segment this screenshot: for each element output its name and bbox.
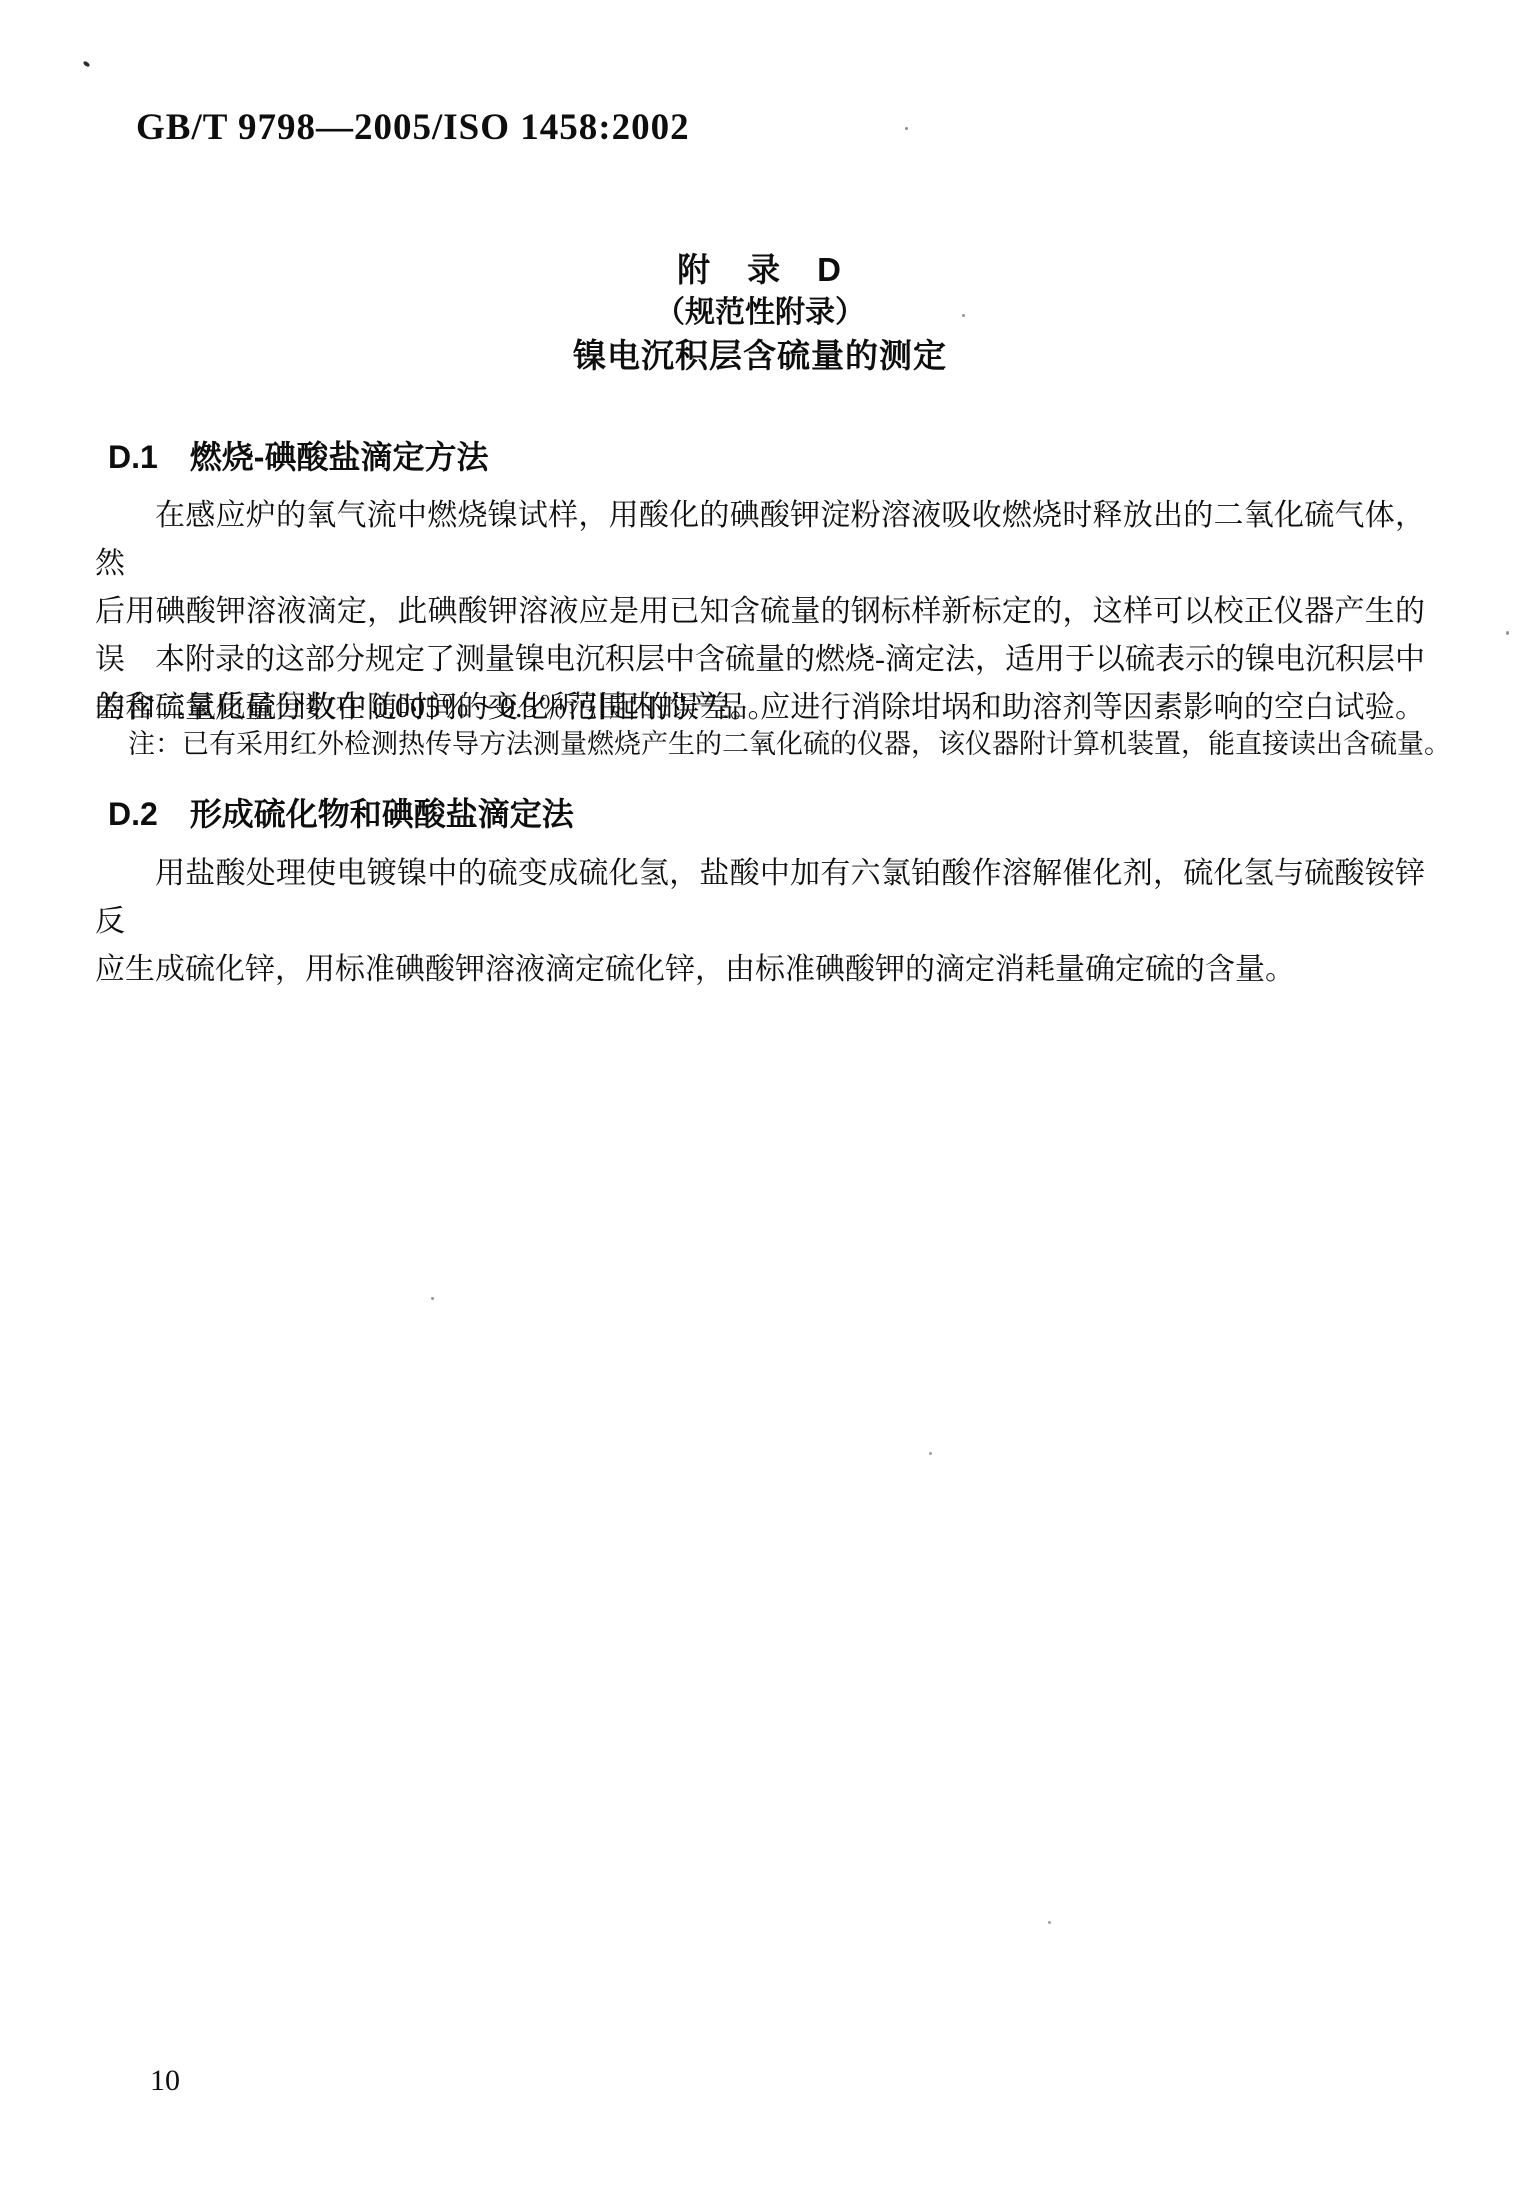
section-d1-paragraph-2: 本附录的这部分规定了测量镍电沉积层中含硫量的燃烧-滴定法，适用于以硫表示的镍电沉… [95,636,1425,732]
standard-code-header: GB/T 9798—2005/ISO 1458:2002 [136,106,690,149]
paragraph-line: 本附录的这部分规定了测量镍电沉积层中含硫量的燃烧-滴定法，适用于以硫表示的镍电沉… [95,636,1425,684]
appendix-title: 附 录 D [95,248,1425,292]
page-number: 10 [150,2064,180,2098]
section-d1-heading: D.1 燃烧-碘酸盐滴定方法 [108,432,1438,478]
scan-speck [82,60,90,67]
section-d1-note: 注：已有采用红外检测热传导方法测量燃烧产生的二氧化硫的仪器，该仪器附计算机装置，… [95,726,1430,762]
appendix-title-block: 附 录 D （规范性附录） 镍电沉积层含硫量的测定 [95,248,1425,378]
scan-speck [905,127,908,130]
document-page: GB/T 9798—2005/ISO 1458:2002 附 录 D （规范性附… [0,0,1517,2192]
section-d2-paragraph-1: 用盐酸处理使电镀镍中的硫变成硫化氢，盐酸中加有六氯铂酸作溶解催化剂，硫化氢与硫酸… [95,850,1425,994]
appendix-normative-label: （规范性附录） [95,292,1425,334]
scan-speck [431,1297,434,1300]
paragraph-line: 的含硫量质量分数在 0.005％～0.5％范围内的产品。 [95,684,1425,732]
section-d2-heading: D.2 形成硫化物和碘酸盐滴定法 [108,789,1438,835]
scan-speck [1048,1921,1051,1924]
paragraph-line: 应生成硫化锌，用标准碘酸钾溶液滴定硫化锌，由标准碘酸钾的滴定消耗量确定硫的含量。 [95,946,1425,994]
scan-speck [929,1452,932,1455]
paragraph-line: 用盐酸处理使电镀镍中的硫变成硫化氢，盐酸中加有六氯铂酸作溶解催化剂，硫化氢与硫酸… [95,850,1425,946]
paragraph-line: 在感应炉的氧气流中燃烧镍试样，用酸化的碘酸钾淀粉溶液吸收燃烧时释放出的二氧化硫气… [95,492,1425,588]
scan-speck [1506,631,1509,635]
appendix-subject-title: 镍电沉积层含硫量的测定 [95,334,1425,378]
